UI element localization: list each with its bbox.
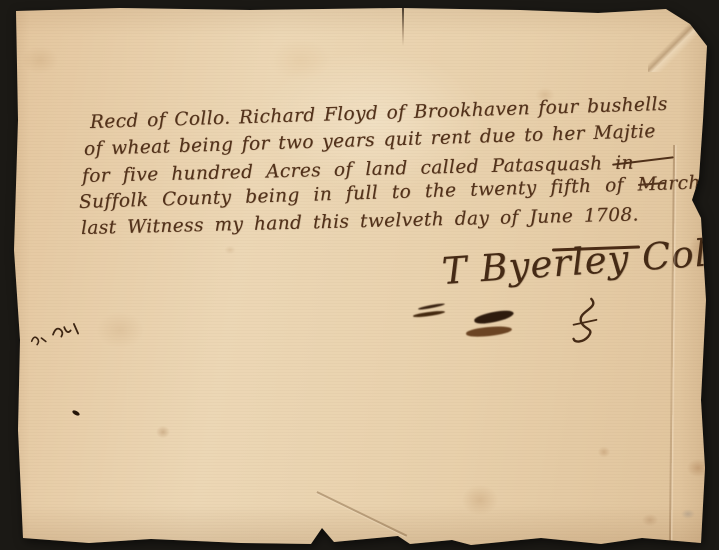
paper-fold-corner	[648, 4, 716, 72]
paper-crease-bottom	[317, 491, 408, 536]
signature-paraph-icon	[563, 294, 604, 350]
ink-smudge	[466, 325, 513, 339]
margin-ink-scribble-icon	[26, 318, 90, 349]
ink-smudge	[418, 302, 445, 310]
manuscript-paper: Recd of Collo. Richard Floyd of Brookhav…	[0, 0, 719, 550]
paper-tear-top	[402, 8, 404, 46]
ink-smudge	[473, 308, 514, 326]
signature: T Byerley Collr	[441, 230, 719, 293]
photo-background: Recd of Collo. Richard Floyd of Brookhav…	[0, 0, 719, 550]
paper-shadow: Recd of Collo. Richard Floyd of Brookhav…	[0, 0, 719, 550]
ink-smudge	[413, 310, 445, 318]
paper-crease-right	[669, 145, 675, 543]
ink-speck	[72, 409, 81, 416]
